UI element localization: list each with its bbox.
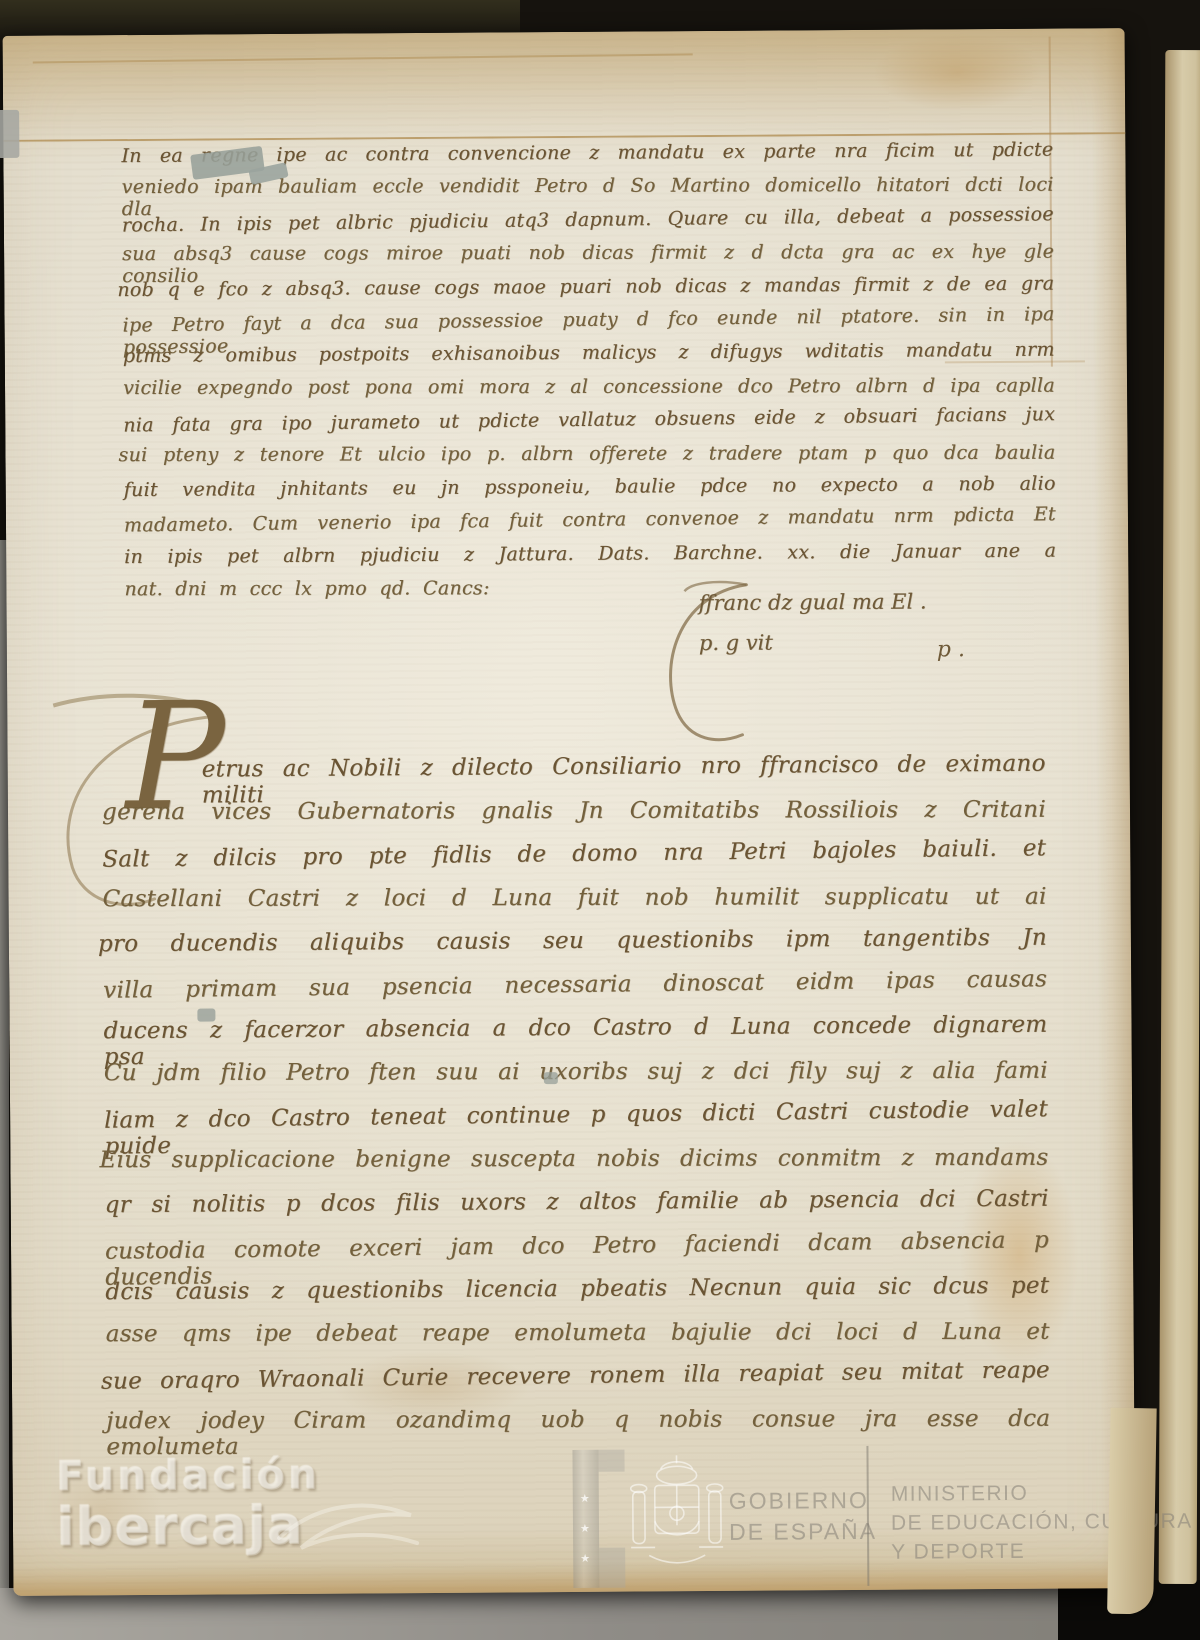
parchment-page: In ea regne ipe ac contra convencione z … — [3, 28, 1136, 1596]
manuscript-line: liam z dco Castro teneat continue p quos… — [104, 1096, 1048, 1151]
signature-line: ffranc dz gual ma El . — [698, 589, 1028, 631]
gobierno-line: GOBIERNO — [729, 1485, 877, 1517]
manuscript-line: sue oraqro Wraonali Curie recevere ronem… — [101, 1357, 1050, 1412]
manuscript-line: etrus ac Nobili z dilecto Consiliario nr… — [102, 751, 1046, 801]
manuscript-line: judex jodey Ciram ozandimq uob q nobis c… — [106, 1405, 1050, 1451]
signature-paraph: p . — [937, 637, 965, 662]
manuscript-line: gerena vices Gubernatoris gnalis Jn Comi… — [102, 796, 1046, 842]
manuscript-line: Cu jdm filio Petro ften suu ai uxoribs s… — [104, 1057, 1048, 1103]
signature-line: p. g vit — [699, 629, 1029, 671]
manuscript-line: nat. dni m ccc lx pmo qd. Cancs: — [124, 577, 516, 611]
stain — [873, 33, 1044, 112]
manuscript-line: sua absq3 cause cogs miroe puati nob dic… — [122, 241, 1054, 277]
next-page-edge — [1159, 50, 1200, 1584]
manuscript-line: sui pteny z tenore Et ulcio ipo p. albrn… — [118, 441, 1055, 477]
spain-coat-of-arms-icon — [620, 1455, 733, 1582]
page-right-shading — [1091, 28, 1136, 1588]
text-block-1: In ea regne ipe ac contra convencione z … — [121, 139, 1056, 613]
text-block-2: etrus ac Nobili z dilecto Consiliario nr… — [102, 751, 1051, 1454]
notary-signature: ffranc dz gual ma El . p. g vit p . — [698, 589, 1029, 671]
gobierno-text: GOBIERNODE ESPAÑA — [729, 1485, 877, 1548]
archive-photo: { "manuscript": { "initial_capital": "P"… — [0, 0, 1200, 1640]
manuscript-line: Salt z dilcis pro pte fidlis de domo nra… — [102, 835, 1046, 890]
star-icon: ★ — [580, 1522, 590, 1535]
manuscript-line: Eius supplicacione benigne suscepta nobi… — [99, 1144, 1048, 1190]
ibercaja-swoosh-icon — [271, 1485, 421, 1556]
repair-tape-patch — [0, 110, 19, 158]
repair-tape-patch — [197, 1008, 215, 1021]
star-icon: ★ — [580, 1492, 590, 1505]
page-corner-curl — [1107, 1408, 1157, 1615]
flag-bar — [572, 1450, 599, 1588]
gray-mat-bottom — [0, 1588, 1092, 1640]
gobierno-line: DE ESPAÑA — [729, 1516, 877, 1548]
manuscript-line: Castellani Castri z loci d Luna fuit nob… — [103, 883, 1047, 929]
star-icon: ★ — [580, 1552, 590, 1565]
repair-tape-patch — [544, 1072, 558, 1084]
manuscript-line: asse qms ipe debeat reape emolumeta baju… — [106, 1318, 1050, 1364]
